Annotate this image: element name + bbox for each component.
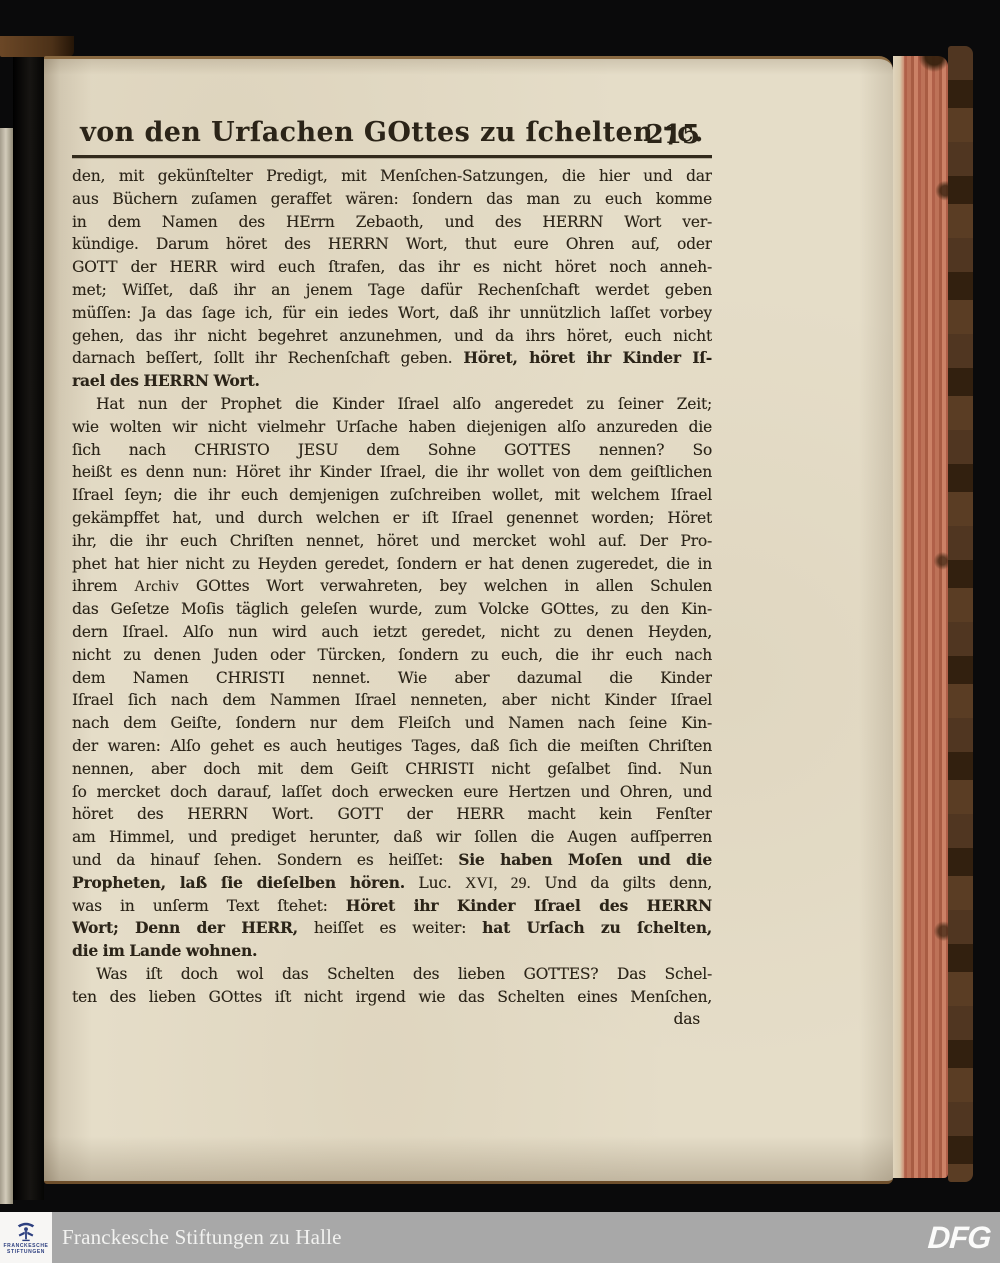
header-rule [72, 155, 712, 158]
text-line: ſich nach CHRISTO JESU dem Sohne GOTTES … [72, 439, 712, 462]
text-line: höret des HERRN Wort. GOTT der HERR mach… [72, 803, 712, 826]
text-line: Iſrael ſeyn; die ihr euch demjenigen zuſ… [72, 484, 712, 507]
left-page-edge [0, 128, 13, 1204]
book-fore-edge-red [893, 56, 948, 1178]
text-line: der waren: Alſo gehet es auch heutiges T… [72, 735, 712, 758]
institution-label: Franckesche Stiftungen zu Halle [62, 1212, 342, 1263]
text-line: Propheten, laß ſie dieſelben hören. Luc.… [72, 872, 712, 895]
text-line: dem Namen CHRISTI nennet. Wie aber dazum… [72, 667, 712, 690]
text-line: und da hinauf ſehen. Sondern es heiſſet:… [72, 849, 712, 872]
text-line: ihrem Archiv GOttes Wort verwahreten, be… [72, 575, 712, 598]
text-line: Iſrael ſich nach dem Nammen Iſrael nenne… [72, 689, 712, 712]
text-line: das Geſetze Moſis täglich geleſen wurde,… [72, 598, 712, 621]
text-line: den, mit gekünſtelter Predigt, mit Menſc… [72, 165, 712, 188]
book-gutter-shadow [13, 50, 44, 1200]
text-line: was in unſerm Text ſtehet: Höret ihr Kin… [72, 895, 712, 918]
text-line: in dem Namen des HErrn Zebaoth, und des … [72, 211, 712, 234]
text-line: ſo mercket doch darauf, laſſet doch erwe… [72, 781, 712, 804]
scan-photograph-background: von den Urſachen GOttes zu ſchelten ⁊c. … [0, 0, 1000, 1263]
text-line: gehen, das ihr nicht begehret anzunehmen… [72, 325, 712, 348]
text-line: met; Wiſſet, daß ihr an jenem Tage dafür… [72, 279, 712, 302]
text-line: rael des HERRN Wort. [72, 370, 712, 393]
text-line: nach dem Geiſte, ſondern nur dem Fleiſch… [72, 712, 712, 735]
page-number: 215 [646, 115, 700, 155]
text-line: Wort; Denn der HERR, heiſſet es weiter: … [72, 917, 712, 940]
body-text: den, mit gekünſtelter Predigt, mit Menſc… [72, 165, 712, 1031]
text-line: Was iſt doch wol das Schelten des lieben… [72, 963, 712, 986]
text-line: Hat nun der Prophet die Kinder Iſrael al… [72, 393, 712, 416]
running-header: von den Urſachen GOttes zu ſchelten ⁊c. … [72, 113, 712, 153]
text-line: phet hat hier nicht zu Heyden geredet, ſ… [72, 553, 712, 576]
text-line: dern Iſrael. Alſo nun wird auch ietzt ge… [72, 621, 712, 644]
text-line: aus Büchern zuſamen geraffet wären: ſond… [72, 188, 712, 211]
running-header-title: von den Urſachen GOttes zu ſchelten ⁊c. [72, 113, 712, 153]
text-line: gekämpffet hat, und durch welchen er iſt… [72, 507, 712, 530]
logo-line-2: STIFTUNGEN [4, 1249, 49, 1255]
francke-eagle-icon [15, 1220, 37, 1242]
text-line: ihr, die ihr euch Chriſten nennet, höret… [72, 530, 712, 553]
book-page: von den Urſachen GOttes zu ſchelten ⁊c. … [44, 56, 893, 1184]
dfg-logo[interactable]: DFG [926, 1220, 991, 1256]
text-line: wie wolten wir nicht vielmehr Urſache ha… [72, 416, 712, 439]
text-line: kündige. Darum höret des HERRN Wort, thu… [72, 233, 712, 256]
text-line: heißt es denn nun: Höret ihr Kinder Iſra… [72, 461, 712, 484]
text-line: GOTT der HERR wird euch ſtrafen, das ihr… [72, 256, 712, 279]
text-line: nennen, aber doch mit dem Geiſt CHRISTI … [72, 758, 712, 781]
book-cover-edge-top-left [0, 36, 74, 57]
text-line: am Himmel, und prediget herunter, daß wi… [72, 826, 712, 849]
logo-wordmark: FRANCKESCHE STIFTUNGEN [4, 1243, 49, 1255]
viewer-footer-bar: FRANCKESCHE STIFTUNGEN Franckesche Stift… [0, 1212, 1000, 1263]
text-line: nicht zu denen Juden oder Türcken, ſonde… [72, 644, 712, 667]
catchword: das [72, 1008, 712, 1031]
book-cover-edge-right [948, 46, 973, 1182]
text-line: darnach beſſert, ſollt ihr Rechenſchaft … [72, 347, 712, 370]
text-line: müſſen: Ja das ſage ich, für ein iedes W… [72, 302, 712, 325]
franckesche-stiftungen-logo[interactable]: FRANCKESCHE STIFTUNGEN [0, 1212, 52, 1263]
text-line: ten des lieben GOttes iſt nicht irgend w… [72, 986, 712, 1009]
text-line: die im Lande wohnen. [72, 940, 712, 963]
